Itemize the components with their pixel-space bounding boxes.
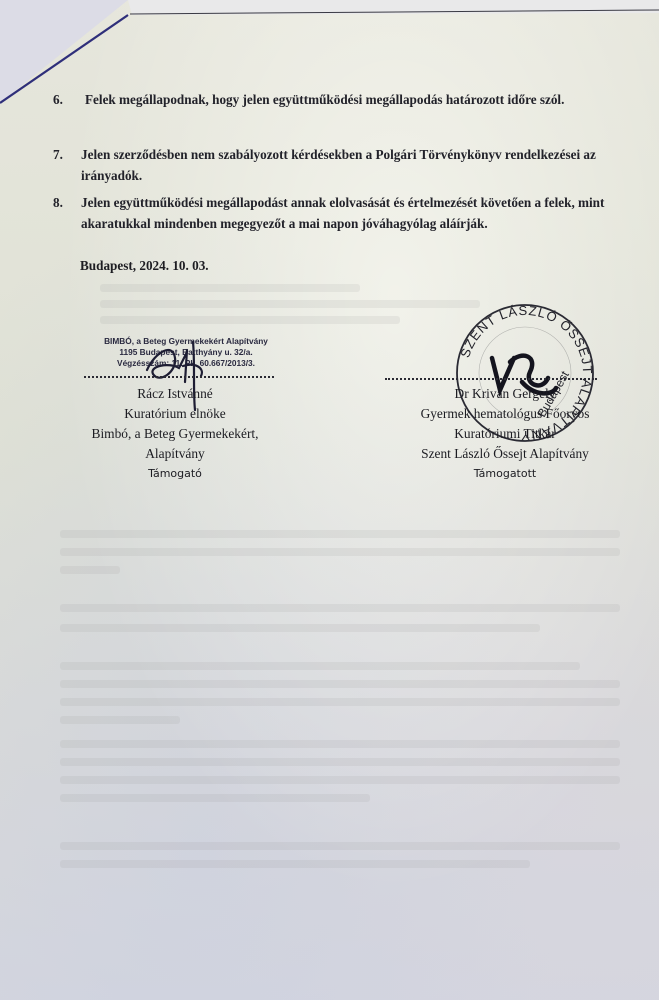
bleed-through [60,604,620,612]
clause-number: 7. [53,144,63,165]
stamp-line: 1195 Budapest, Batthyány u. 32/a. [96,347,276,358]
bleed-through [60,794,370,802]
signatory-org: Szent László Őssejt Alapítvány [395,444,615,464]
left-organization-stamp: BIMBÓ, a Beteg Gyermekekért Alapítvány 1… [96,336,276,369]
bleed-through [60,740,620,748]
signatory-role: Kuratórium elnöke [80,404,270,424]
bleed-through [60,548,620,556]
clause-number: 6. [53,89,63,110]
bleed-through [60,624,540,632]
party-label: Támogatott [395,464,615,484]
left-signature-line [84,376,274,380]
left-signatory-block: Rácz Istvánné Kuratórium elnöke Bimbó, a… [80,384,270,484]
party-label: Támogató [80,464,270,484]
signatory-title: Gyermek hematológus Főorvos [395,404,615,424]
signatory-org: Alapítvány [80,444,270,464]
clause-text: Felek megállapodnak, hogy jelen együttmű… [85,89,615,110]
bleed-through [60,716,180,724]
bleed-through [60,842,620,850]
right-signature-line [385,378,597,382]
right-signatory-block: Dr Kriván Gergely Gyermek hematológus Fő… [395,384,615,484]
clause-text: Jelen szerződésben nem szabályozott kérd… [81,144,611,186]
place-date: Budapest, 2024. 10. 03. [80,258,209,274]
bleed-through [60,776,620,784]
bleed-through [60,662,580,670]
bleed-through [60,860,530,868]
signatory-name: Dr Kriván Gergely [395,384,615,404]
bleed-through [60,680,620,688]
signatory-role: Kuratóriumi Titkár [395,424,615,444]
bleed-through [60,566,120,574]
bleed-through [100,300,480,308]
bleed-through [60,530,620,538]
signatory-name: Rácz Istvánné [80,384,270,404]
bleed-through [100,316,400,324]
stamp-line: BIMBÓ, a Beteg Gyermekekért Alapítvány [96,336,276,347]
bleed-through [60,698,620,706]
clause-text: Jelen együttműködési megállapodást annak… [81,192,611,234]
bleed-through [100,284,360,292]
clause-number: 8. [53,192,63,213]
bleed-through [60,758,620,766]
stamp-line: Végzésszám: 11. Pk. 60.667/2013/3. [96,358,276,369]
signatory-org: Bimbó, a Beteg Gyermekekért, [80,424,270,444]
document-page: 6. Felek megállapodnak, hogy jelen együt… [0,0,659,1000]
